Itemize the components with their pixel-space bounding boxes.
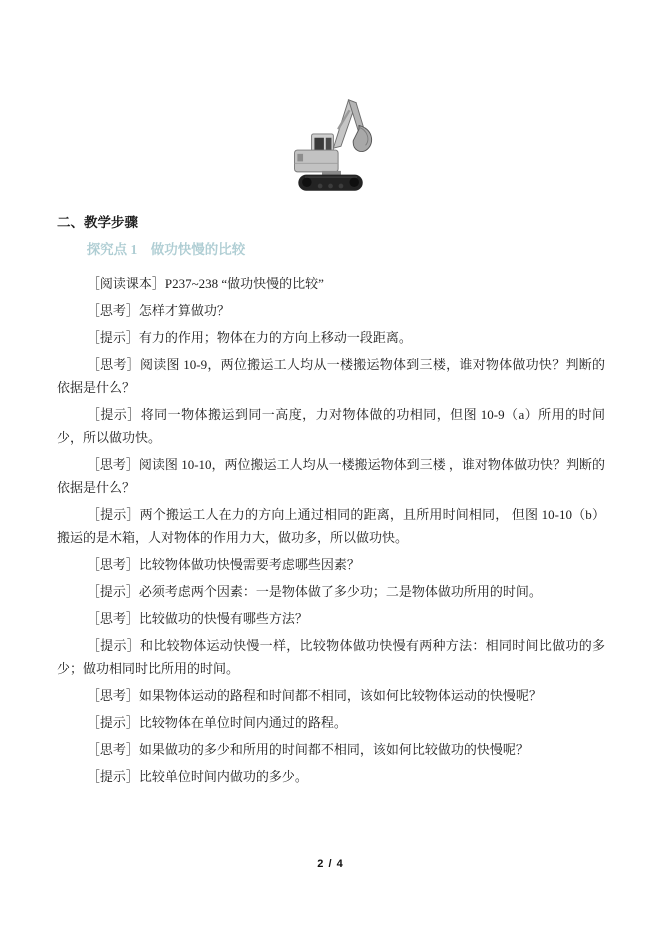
- paragraph-hint: ［提示］比较单位时间内做功的多少。: [57, 765, 605, 788]
- paragraph-think: ［思考］如果做功的多少和所用的时间都不相同，该如何比较做功的快慢呢？: [57, 738, 605, 761]
- figure-container: [0, 86, 661, 203]
- excavator-image: [286, 86, 376, 198]
- section-title: 二、教学步骤: [57, 214, 605, 232]
- paragraph-hint: ［提示］将同一物体搬运到同一高度，力对物体做的功相同，但图 10-9（a）所用的…: [57, 403, 605, 449]
- paragraph-hint: ［提示］有力的作用；物体在力的方向上移动一段距离。: [57, 326, 605, 349]
- paragraph-think: ［思考］比较物体做功快慢需要考虑哪些因素？: [57, 553, 605, 576]
- document-page: 二、教学步骤 探究点 1 做功快慢的比较 ［阅读课本］P237~238 “做功快…: [0, 0, 661, 935]
- paragraph-hint: ［提示］和比较物体运动快慢一样，比较物体做功快慢有两种方法：相同时间比做功的多少…: [57, 634, 605, 680]
- document-body: 二、教学步骤 探究点 1 做功快慢的比较 ［阅读课本］P237~238 “做功快…: [57, 214, 605, 792]
- paragraph-reading: ［阅读课本］P237~238 “做功快慢的比较”: [57, 272, 605, 295]
- page-number: 2 / 4: [317, 858, 343, 870]
- paragraph-think: ［思考］如果物体运动的路程和时间都不相同，该如何比较物体运动的快慢呢？: [57, 684, 605, 707]
- paragraph-think: ［思考］阅读图 10-9，两位搬运工人均从一楼搬运物体到三楼，谁对物体做功快？判…: [57, 353, 605, 399]
- paragraph-think: ［思考］比较做功的快慢有哪些方法？: [57, 607, 605, 630]
- page-footer: 2 / 4: [0, 858, 661, 870]
- paragraph-think: ［思考］怎样才算做功？: [57, 299, 605, 322]
- paragraph-hint: ［提示］必须考虑两个因素：一是物体做了多少功；二是物体做功所用的时间。: [57, 580, 605, 603]
- paragraph-think: ［思考］阅读图 10-10，两位搬运工人均从一楼搬运物体到三楼 ，谁对物体做功快…: [57, 453, 605, 499]
- explore-point-heading: 探究点 1 做功快慢的比较: [57, 241, 605, 259]
- paragraph-hint: ［提示］两个搬运工人在力的方向上通过相同的距离，且所用时间相同， 但图 10-1…: [57, 503, 605, 549]
- paragraph-hint: ［提示］比较物体在单位时间内通过的路程。: [57, 711, 605, 734]
